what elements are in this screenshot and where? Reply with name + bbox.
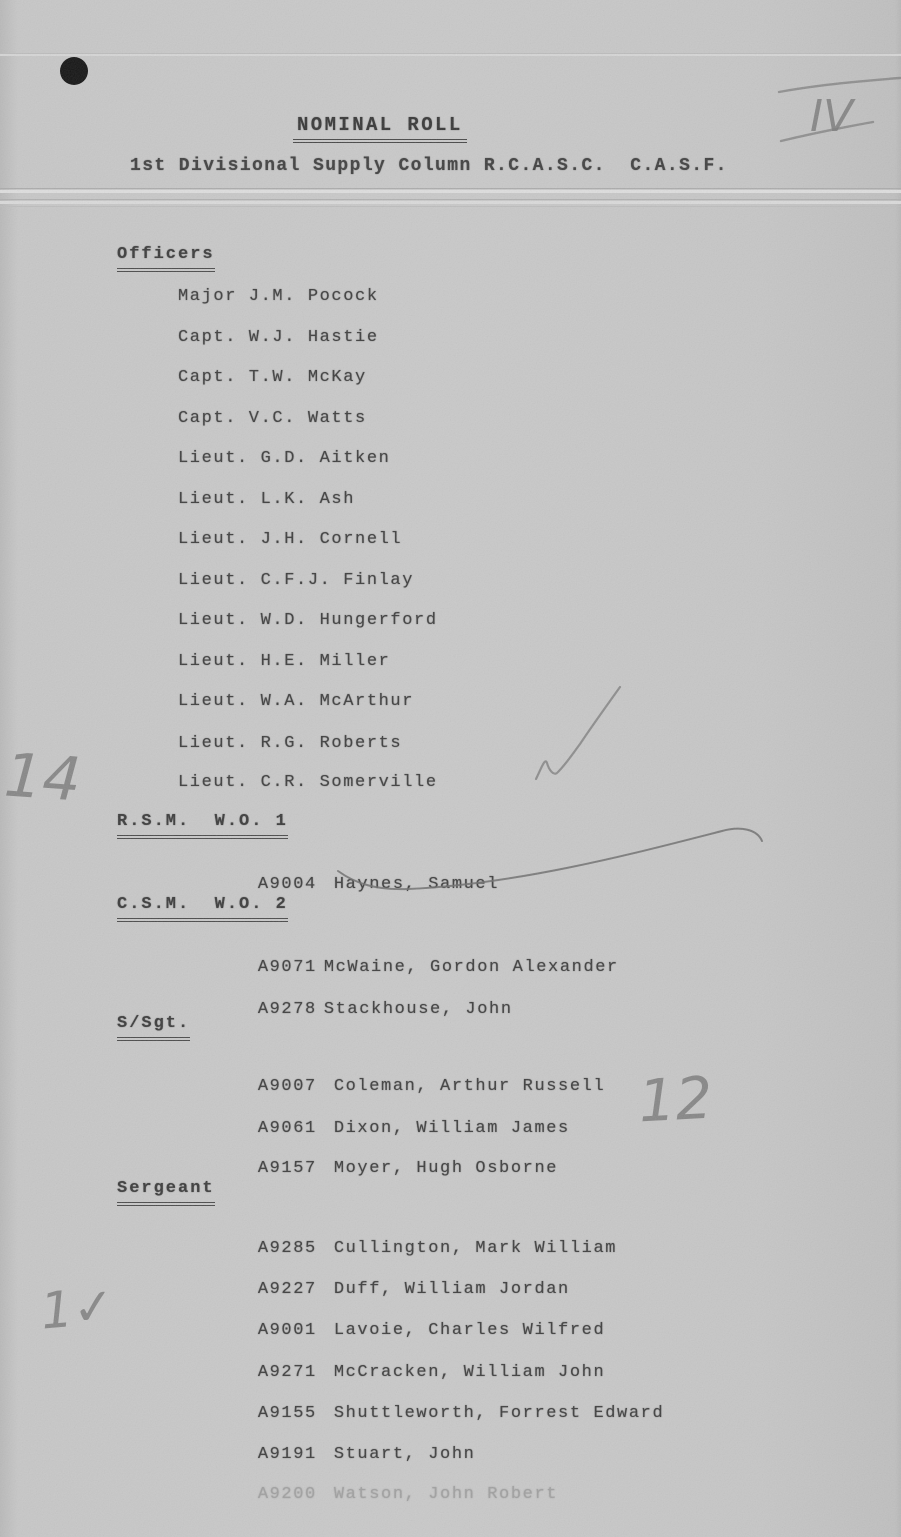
roster-row: Lieut. H.E. Miller [178,651,390,673]
roster-row: Capt. W.J. Hastie [178,327,379,349]
soldier-name: Watson, John Robert [334,1485,558,1504]
section-heading-officers: Officers [117,244,215,272]
soldier-name: Lavoie, Charles Wilfred [334,1321,605,1340]
service-number: A9278 [258,999,324,1021]
section-heading-ssgt: S/Sgt. [117,1013,190,1041]
typed-content: NOMINAL ROLL 1st Divisional Supply Colum… [0,0,901,1537]
soldier-name: Shuttleworth, Forrest Edward [334,1404,664,1423]
roster-row: Capt. T.W. McKay [178,367,367,389]
scanned-page: NOMINAL ROLL 1st Divisional Supply Colum… [0,0,901,1537]
page-subtitle: 1st Divisional Supply Column R.C.A.S.C. … [130,155,728,177]
roster-row: A9278Stackhouse, John [187,977,513,1043]
roster-row: Lieut. W.D. Hungerford [178,610,438,632]
soldier-name: Coleman, Arthur Russell [334,1077,605,1096]
roster-row: Lieut. L.K. Ash [178,489,355,511]
section-heading-csm: C.S.M. W.O. 2 [117,894,288,922]
roster-row: A9157Moyer, Hugh Osborne [187,1136,558,1202]
service-number: A9157 [258,1158,334,1180]
roster-row: Lieut. G.D. Aitken [178,448,390,470]
service-number: A9007 [258,1076,334,1098]
roster-row: Lieut. R.G. Roberts [178,733,402,755]
soldier-name: Haynes, Samuel [334,875,499,894]
roster-row: Lieut. W.A. McArthur [178,691,414,713]
section-heading-sergeant: Sergeant [117,1178,215,1206]
soldier-name: Stackhouse, John [324,1000,513,1019]
roster-row: Lieut. C.R. Somerville [178,772,438,794]
soldier-name: Duff, William Jordan [334,1280,570,1299]
roster-row: Lieut. J.H. Cornell [178,529,402,551]
service-number: A9004 [258,874,334,896]
roster-row: Capt. V.C. Watts [178,408,367,430]
roster-row: A9200Watson, John Robert [187,1462,558,1528]
roster-row: Major J.M. Pocock [178,286,379,308]
soldier-name: McWaine, Gordon Alexander [324,958,619,977]
section-heading-rsm: R.S.M. W.O. 1 [117,811,288,839]
service-number: A9071 [258,957,324,979]
roster-row: Lieut. C.F.J. Finlay [178,570,414,592]
soldier-name: Moyer, Hugh Osborne [334,1159,558,1178]
service-number: A9001 [258,1320,334,1342]
soldier-name: Cullington, Mark William [334,1239,617,1258]
service-number: A9200 [258,1484,334,1506]
soldier-name: McCracken, William John [334,1363,605,1382]
page-title: NOMINAL ROLL [293,114,467,143]
